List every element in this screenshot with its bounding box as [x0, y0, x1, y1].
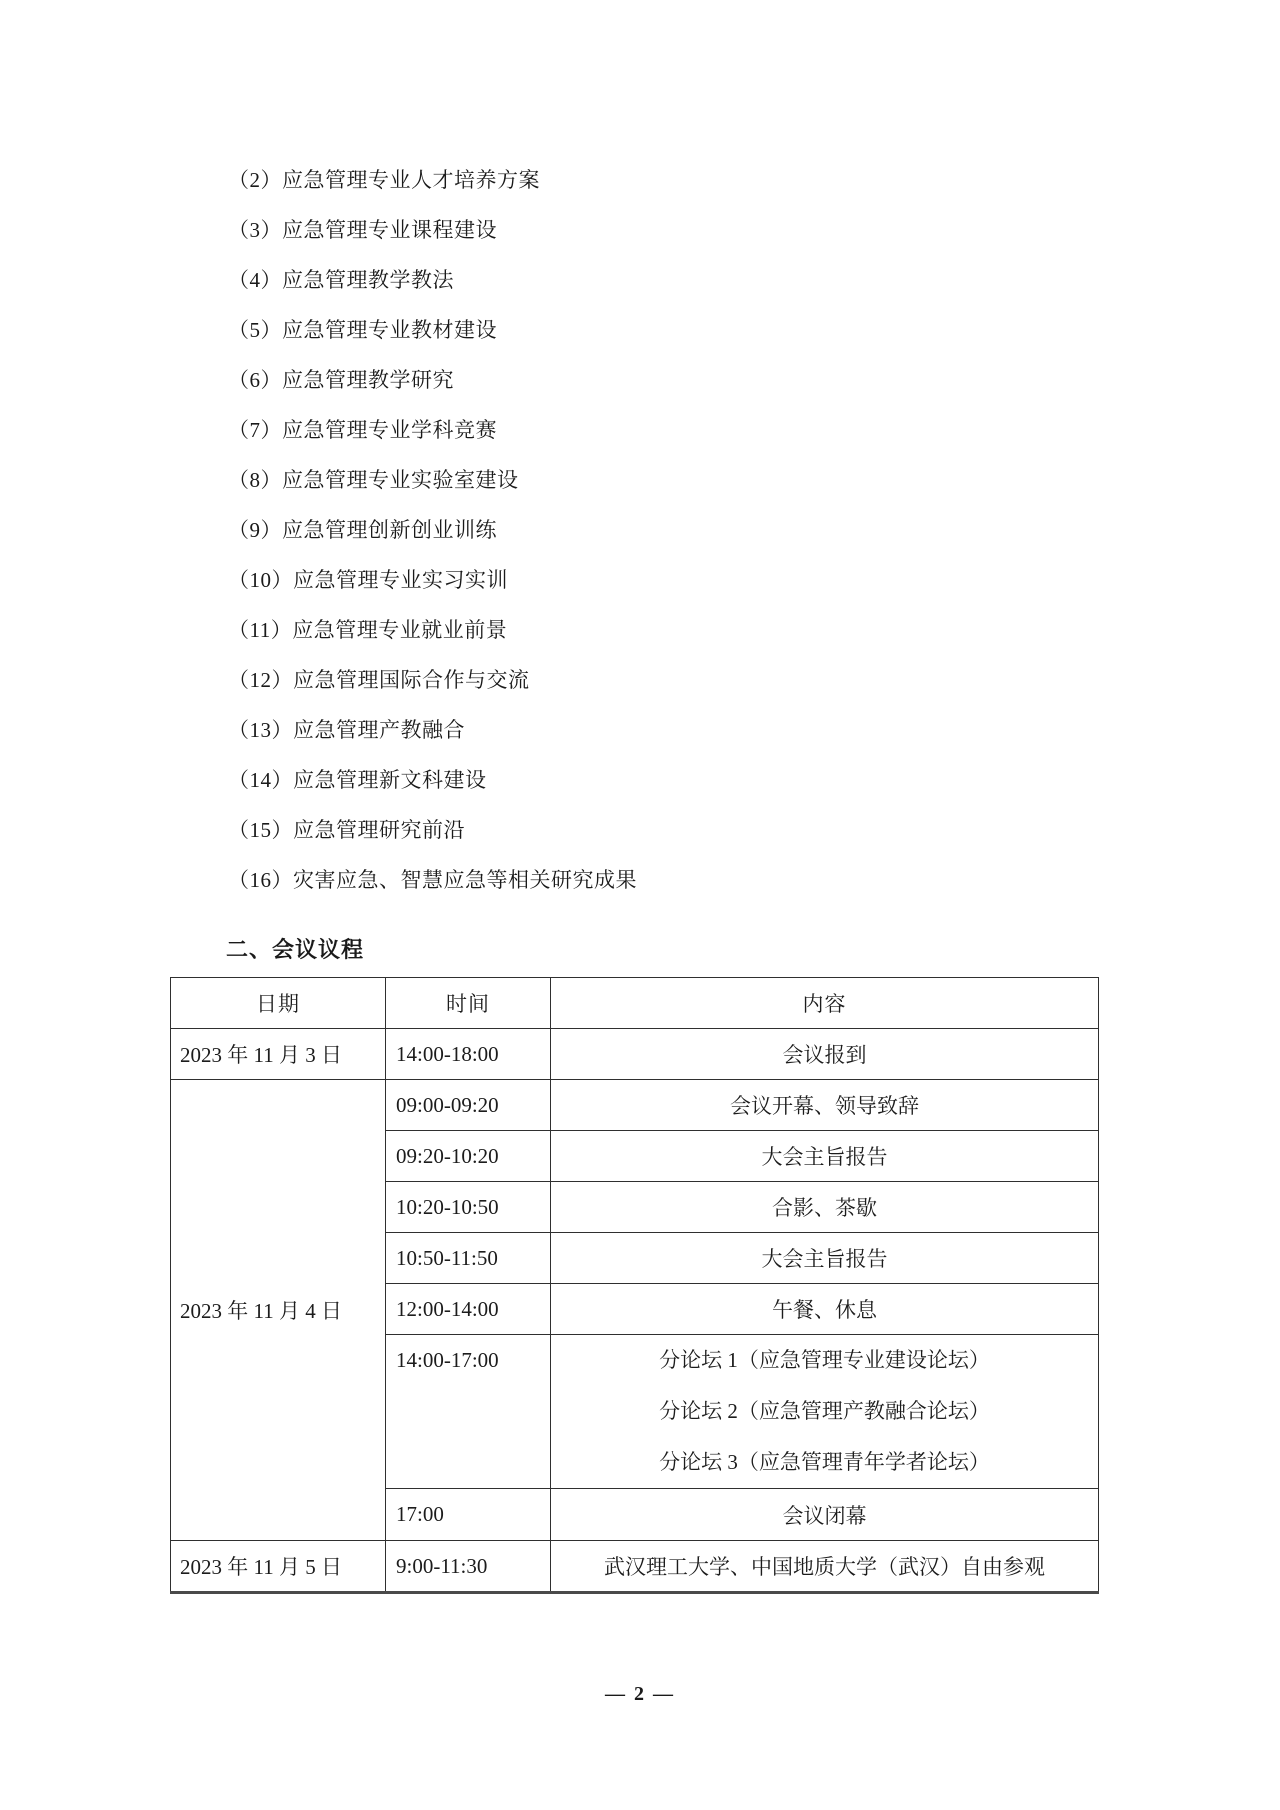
section-heading-agenda: 二、会议议程: [226, 925, 364, 975]
topic-item: （15）应急管理研究前沿: [228, 805, 1160, 855]
table-row-day1: 2023 年 11 月 3 日 14:00-18:00 会议报到: [171, 1029, 1099, 1080]
topic-item: （6）应急管理教学研究: [228, 355, 1160, 405]
time-cell: 17:00: [386, 1489, 551, 1541]
content-cell: 武汉理工大学、中国地质大学（武汉）自由参观: [551, 1541, 1099, 1593]
topic-list: （2）应急管理专业人才培养方案 （3）应急管理专业课程建设 （4）应急管理教学教…: [228, 155, 1160, 905]
topic-item: （13）应急管理产教融合: [228, 705, 1160, 755]
time-cell: 09:20-10:20: [386, 1131, 551, 1182]
time-cell: 09:00-09:20: [386, 1080, 551, 1131]
page-number: — 2 —: [0, 1678, 1280, 1710]
topic-item: （8）应急管理专业实验室建设: [228, 455, 1160, 505]
column-header-content: 内容: [551, 978, 1099, 1029]
time-cell: 12:00-14:00: [386, 1284, 551, 1335]
date-cell: 2023 年 11 月 5 日: [171, 1541, 386, 1593]
topic-item: （10）应急管理专业实习实训: [228, 555, 1160, 605]
date-cell: 2023 年 11 月 3 日: [171, 1029, 386, 1080]
agenda-table: 日期 时间 内容 2023 年 11 月 3 日 14:00-18:00 会议报…: [170, 977, 1099, 1594]
content-cell: 会议报到: [551, 1029, 1099, 1080]
date-cell-merged: 2023 年 11 月 4 日: [171, 1080, 386, 1541]
content-cell: 合影、茶歇: [551, 1182, 1099, 1233]
table-row-day3: 2023 年 11 月 5 日 9:00-11:30 武汉理工大学、中国地质大学…: [171, 1541, 1099, 1593]
forum-line-1: 分论坛 1（应急管理专业建设论坛）: [551, 1335, 1098, 1386]
forum-line-3: 分论坛 3（应急管理青年学者论坛）: [551, 1437, 1098, 1488]
topic-item: （4）应急管理教学教法: [228, 255, 1160, 305]
topic-item: （3）应急管理专业课程建设: [228, 205, 1160, 255]
content-cell: 会议闭幕: [551, 1489, 1099, 1541]
time-cell: 14:00-17:00: [386, 1335, 551, 1489]
topic-item: （12）应急管理国际合作与交流: [228, 655, 1160, 705]
document-page: （2）应急管理专业人才培养方案 （3）应急管理专业课程建设 （4）应急管理教学教…: [0, 0, 1280, 1810]
column-header-time: 时间: [386, 978, 551, 1029]
topic-item: （9）应急管理创新创业训练: [228, 505, 1160, 555]
time-cell: 9:00-11:30: [386, 1541, 551, 1593]
forum-line-2: 分论坛 2（应急管理产教融合论坛）: [551, 1386, 1098, 1437]
topic-item: （14）应急管理新文科建设: [228, 755, 1160, 805]
topic-item: （16）灾害应急、智慧应急等相关研究成果: [228, 855, 1160, 905]
topic-item: （2）应急管理专业人才培养方案: [228, 155, 1160, 205]
topic-item: （7）应急管理专业学科竞赛: [228, 405, 1160, 455]
content-cell: 午餐、休息: [551, 1284, 1099, 1335]
time-cell: 10:20-10:50: [386, 1182, 551, 1233]
topic-item: （11）应急管理专业就业前景: [228, 605, 1160, 655]
content-cell: 大会主旨报告: [551, 1233, 1099, 1284]
column-header-date: 日期: [171, 978, 386, 1029]
topic-item: （5）应急管理专业教材建设: [228, 305, 1160, 355]
content-cell: 大会主旨报告: [551, 1131, 1099, 1182]
content-cell-forums: 分论坛 1（应急管理专业建设论坛） 分论坛 2（应急管理产教融合论坛） 分论坛 …: [551, 1335, 1099, 1489]
table-row-day2-session: 2023 年 11 月 4 日 09:00-09:20 会议开幕、领导致辞: [171, 1080, 1099, 1131]
table-header-row: 日期 时间 内容: [171, 978, 1099, 1029]
time-cell: 14:00-18:00: [386, 1029, 551, 1080]
content-cell: 会议开幕、领导致辞: [551, 1080, 1099, 1131]
time-cell: 10:50-11:50: [386, 1233, 551, 1284]
